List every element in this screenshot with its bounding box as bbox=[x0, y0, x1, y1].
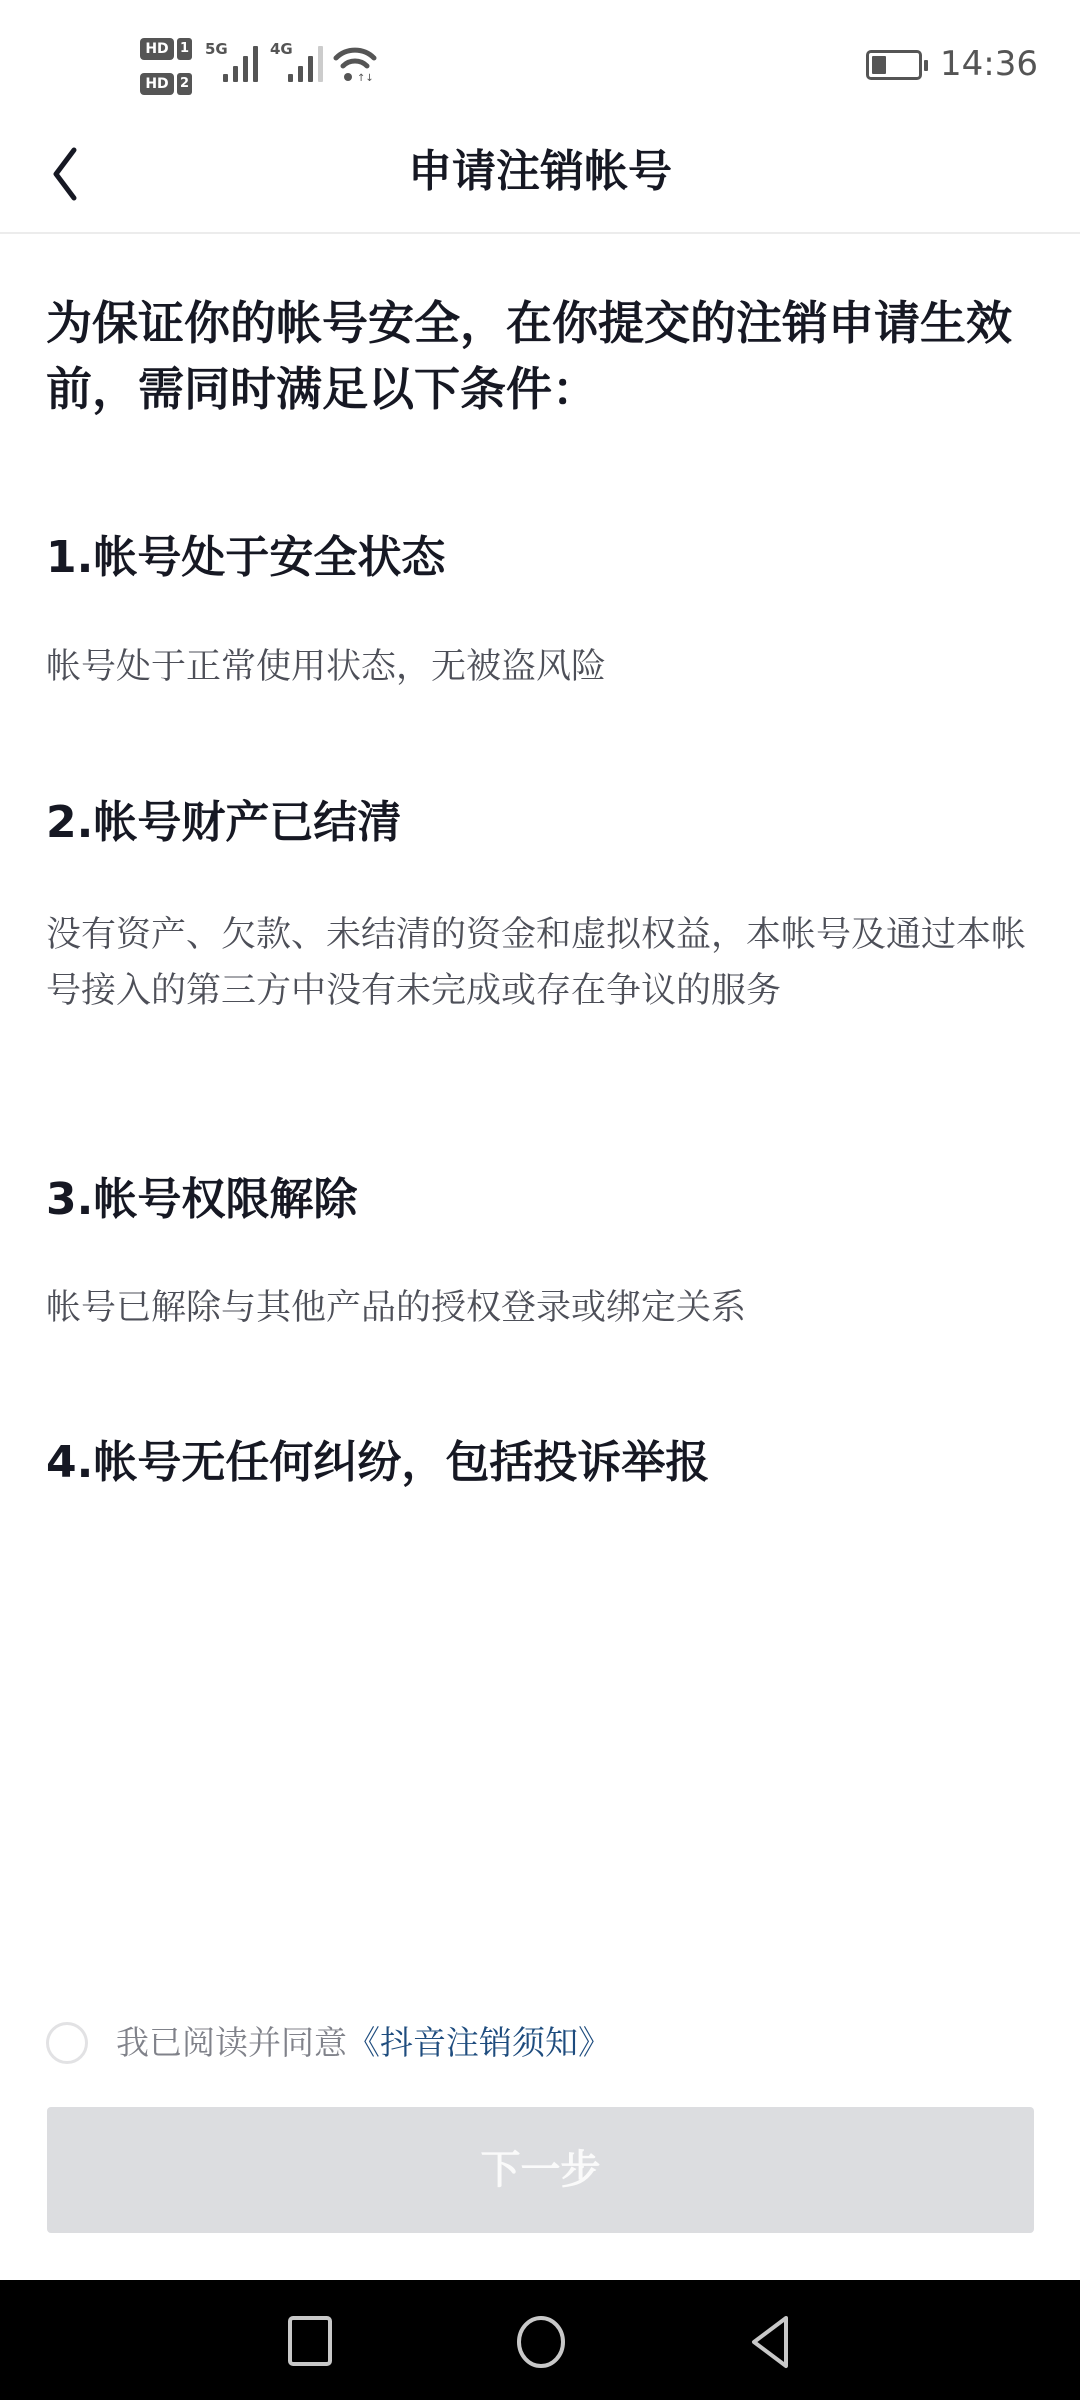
agreement-prefix: 我已阅读并同意 bbox=[116, 2023, 347, 2062]
sim-number: 2 bbox=[177, 73, 192, 95]
network-type-label: 4G bbox=[270, 40, 293, 58]
page-title: 申请注销帐号 bbox=[0, 146, 1080, 198]
condition-description: 帐号已解除与其他产品的授权登录或绑定关系 bbox=[46, 1280, 1036, 1336]
triangle-back-icon[interactable] bbox=[742, 2314, 798, 2370]
condition-title: 2.帐号财产已结清 bbox=[46, 795, 401, 851]
agreement-checkbox[interactable] bbox=[46, 2022, 88, 2064]
next-button-label: 下一步 bbox=[47, 2145, 1034, 2195]
square-icon[interactable] bbox=[282, 2314, 338, 2370]
condition-description: 没有资产、欠款、未结清的资金和虚拟权益，本帐号及通过本帐号接入的第三方中没有未完… bbox=[46, 907, 1036, 1019]
app-header: 申请注销帐号 bbox=[0, 110, 1080, 234]
hd-badge: HD bbox=[140, 73, 174, 95]
signal-4g-icon: 4G bbox=[270, 40, 328, 82]
hd-badge: HD bbox=[140, 38, 174, 60]
wifi-icon: ↑↓ bbox=[333, 46, 377, 82]
agreement-row: 我已阅读并同意《抖音注销须知》 bbox=[46, 2018, 946, 2068]
intro-block: 为保证你的帐号安全，在你提交的注销申请生效前，需同时满足以下条件： bbox=[46, 290, 1036, 422]
signal-5g-icon: 5G bbox=[205, 40, 263, 82]
sim2-hd-icon: HD 2 bbox=[140, 73, 192, 95]
condition-title: 1.帐号处于安全状态 bbox=[46, 530, 445, 586]
condition-title: 4.帐号无任何纠纷，包括投诉举报 bbox=[46, 1435, 709, 1491]
network-type-label: 5G bbox=[205, 40, 228, 58]
intro-text: 为保证你的帐号安全，在你提交的注销申请生效前，需同时满足以下条件： bbox=[46, 290, 1036, 422]
clock: 14:36 bbox=[940, 44, 1038, 84]
circle-icon[interactable] bbox=[513, 2314, 569, 2370]
sim-number: 1 bbox=[177, 38, 192, 60]
condition-title: 3.帐号权限解除 bbox=[46, 1172, 357, 1228]
svg-text:↑↓: ↑↓ bbox=[357, 73, 374, 82]
battery-icon bbox=[866, 50, 922, 80]
next-button[interactable]: 下一步 bbox=[47, 2107, 1034, 2233]
agreement-link[interactable]: 《抖音注销须知》 bbox=[347, 2023, 611, 2062]
sim1-hd-icon: HD 1 bbox=[140, 38, 192, 60]
agreement-text: 我已阅读并同意《抖音注销须知》 bbox=[116, 2022, 611, 2064]
status-bar: HD 1 HD 2 5G 4G ↑↓ 14:36 bbox=[0, 0, 1080, 110]
condition-description: 帐号处于正常使用状态，无被盗风险 bbox=[46, 639, 1036, 695]
system-nav-bar bbox=[0, 2280, 1080, 2400]
